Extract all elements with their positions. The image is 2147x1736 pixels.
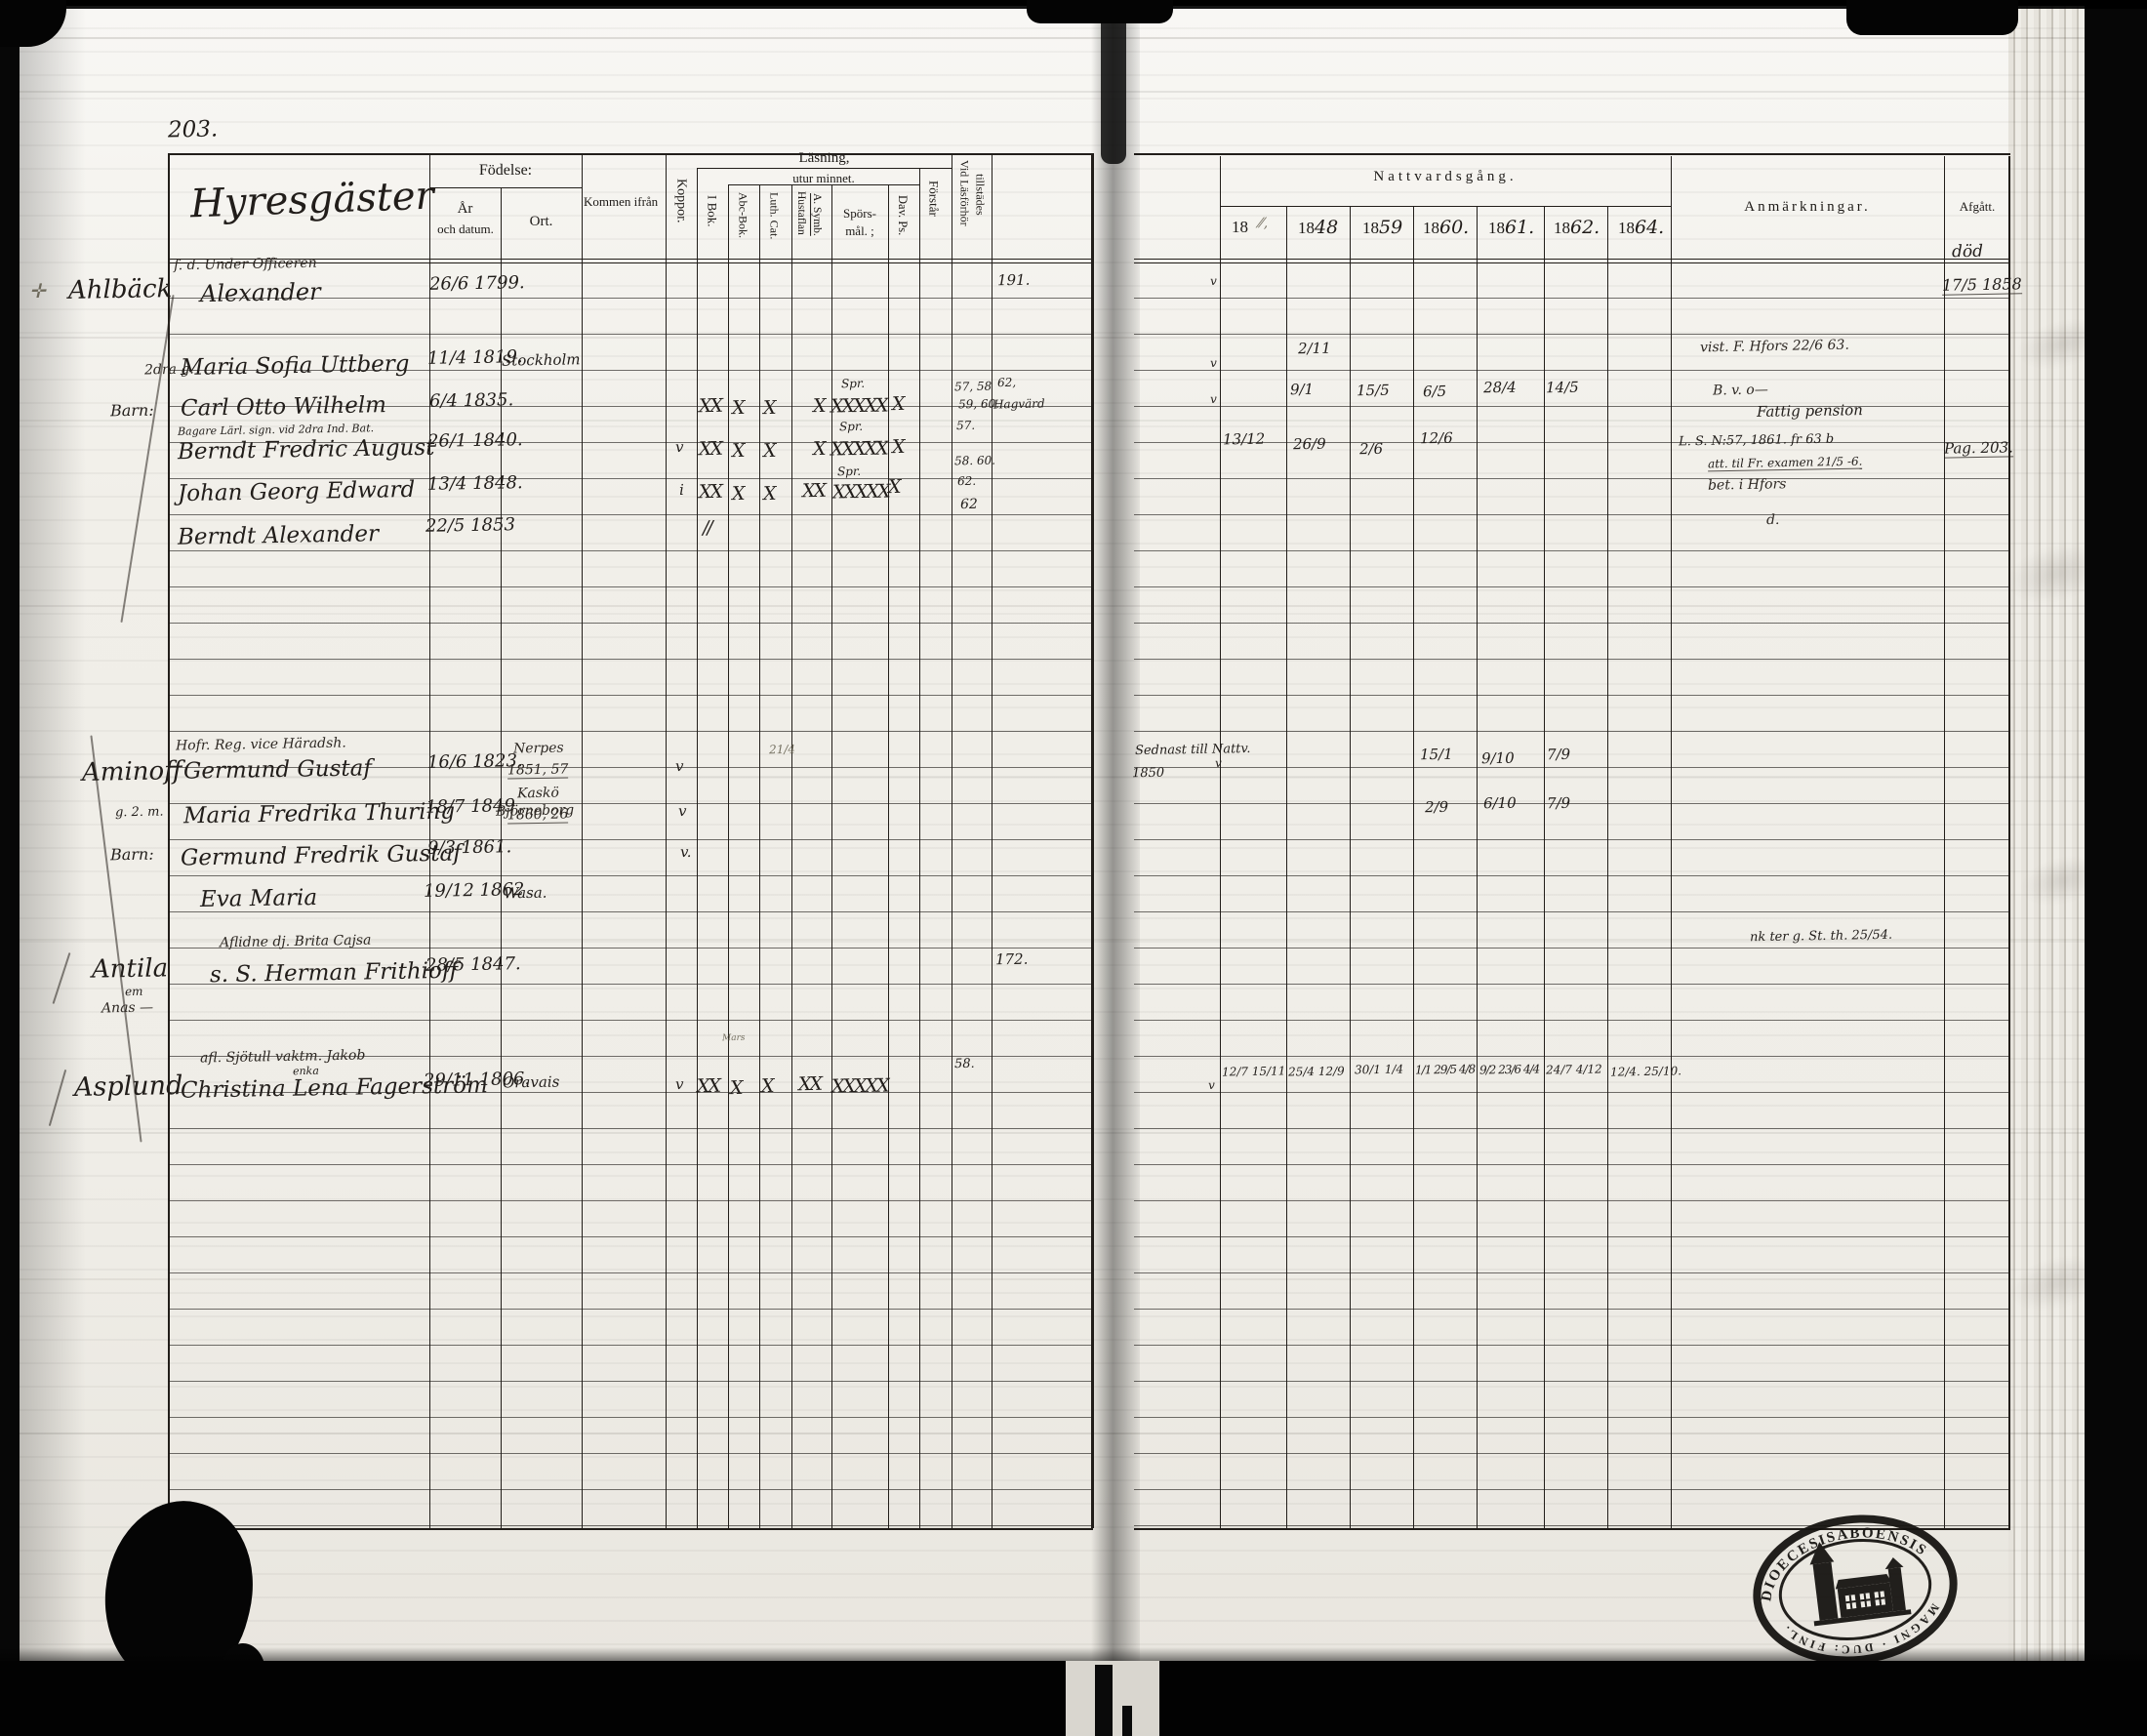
remark: vist. F. Hfors 22/6 63. <box>1700 339 1849 355</box>
mark-i-bok: XX <box>699 483 721 502</box>
koppor-mark: v <box>678 804 687 819</box>
remark: att. til Fr. examen 21/5 -6. <box>1708 456 1863 472</box>
side-note: Hagvärd <box>993 398 1045 411</box>
koppor-mark: v <box>675 1077 684 1092</box>
birth-date: 26/6 1799. <box>429 274 525 294</box>
afgatt-note: död <box>1952 244 1983 262</box>
margin-note: em <box>125 986 143 997</box>
mark-luth: X <box>763 442 775 461</box>
year-prefix: 18 <box>1362 219 1379 237</box>
entry-name: s. S. Herman Frithioff <box>210 960 459 987</box>
communion-1862: 7/9 <box>1547 747 1570 762</box>
communion-1859: 30/1 1/4 <box>1355 1064 1403 1076</box>
entry-name: Maria Sofia Uttberg <box>181 353 410 380</box>
year-header-1848: 1848 <box>1298 219 1338 237</box>
entry-prefix: Barn: <box>110 403 154 420</box>
year-script: 62. <box>1570 217 1600 238</box>
page-ref: 172. <box>995 952 1029 968</box>
binding-crease <box>1101 0 1126 164</box>
mark-hustaflan: XX <box>802 482 825 501</box>
occupation-note: f. d. Under Officeren <box>174 257 317 273</box>
occupation-note: Bagare Lärl. sign. vid 2dra Ind. Bat. <box>178 423 374 437</box>
year-header-18xx: 18 <box>1232 219 1248 236</box>
header-koppor: Koppor. <box>673 179 688 223</box>
communion-1861: 9/2 23/6 4/4 <box>1479 1063 1539 1075</box>
mark-luth: X <box>763 485 775 504</box>
remark: nk ter g. St. th. 25/54. <box>1750 929 1892 945</box>
header-vid-lasforhor: Vid Läsförhör <box>958 160 971 226</box>
header-abc-bok: Abc-Bok. <box>737 192 749 238</box>
attendance-years: 57, 58 <box>954 381 992 393</box>
year-script: 61. <box>1505 217 1534 238</box>
attendance-years: 62 <box>960 498 978 511</box>
mark-luth: X <box>763 399 775 418</box>
page-number: 203. <box>168 119 219 142</box>
margin-name-ahlback: Ahlbäck <box>68 276 173 303</box>
year-script: 48 <box>1315 217 1338 238</box>
remark: B. v. o— <box>1713 384 1768 398</box>
communion-1860: 12/6 <box>1420 431 1453 447</box>
year-header-1860: 1860. <box>1423 219 1469 237</box>
attendance-years: 62. <box>957 475 976 487</box>
mark-i-bok: XX <box>697 1077 719 1096</box>
mark-spr-label: Spr. <box>839 421 863 432</box>
header-forstar: Förstår <box>927 181 941 217</box>
year-prefix: 18 <box>1488 219 1505 237</box>
mark-abc: X <box>732 399 744 418</box>
mark-dav-ps: X <box>892 438 904 457</box>
communion-1860: 6/5 <box>1423 384 1446 399</box>
header-i-bok: I Bok. <box>706 195 719 227</box>
came-from: Nerpes <box>513 742 564 756</box>
afgatt-note: Pag. 203. <box>1944 440 2013 458</box>
tiny-note: Mars <box>722 1034 746 1043</box>
header-sporsmal-2: mål. ; <box>831 224 888 238</box>
mark-i-bok: XX <box>699 397 721 416</box>
year-prefix: 18 <box>1298 219 1315 237</box>
binding-gutter <box>1091 6 1140 1671</box>
header-dav-ps: Dav. Ps. <box>896 195 909 235</box>
mark-hustaflan: X <box>813 440 825 459</box>
header-afgatt: Afgått. <box>1944 200 2010 214</box>
koppor-mark: v <box>675 759 684 774</box>
mark-sporsmal: XXXXX <box>830 439 887 459</box>
year-prefix: 18 <box>1554 219 1570 237</box>
year-prefix: 18 <box>1423 219 1439 237</box>
mark-luth: X <box>761 1077 773 1096</box>
faint-mark: 21/4 <box>769 744 795 755</box>
communion-1848: 2/11 <box>1298 342 1331 357</box>
communion-1861: 28/4 <box>1483 381 1517 396</box>
entry-name: Carl Otto Wilhelm <box>181 394 386 421</box>
scan-corner-blob <box>1846 0 2018 35</box>
entry-name: Germund Fredrik Gustaf <box>181 842 462 869</box>
communion-1862: 7/9 <box>1547 796 1570 811</box>
attendance-years: 58. 60. <box>954 455 995 467</box>
communion-1862: 14/5 <box>1546 381 1579 396</box>
communion-1862: 24/7 4/12 <box>1546 1063 1602 1075</box>
year-header-1864: 1864. <box>1618 219 1664 237</box>
entry-name: Berndt Fredric August <box>178 437 435 464</box>
birth-date: 22/5 1853 <box>425 516 515 536</box>
year-script: 64. <box>1635 217 1664 238</box>
header-ar: År <box>429 202 501 218</box>
header-sporsmal: Spörs- <box>831 207 888 221</box>
year-script: 59 <box>1379 217 1402 238</box>
year-header-1859: 1859 <box>1362 219 1402 237</box>
communion-1861: 9/10 <box>1481 751 1515 767</box>
birth-place: Wasa. <box>504 886 547 902</box>
entry-name: Alexander <box>200 280 321 305</box>
mark-dav-ps: X <box>892 395 904 414</box>
year-header-1861: 1861. <box>1488 219 1534 237</box>
communion-18xx: 13/12 <box>1223 432 1265 448</box>
margin-cross-mark: ✛ <box>29 281 46 301</box>
scan-edge <box>2085 0 2147 1736</box>
binding-mark <box>1095 1665 1113 1736</box>
mark-abc: X <box>732 442 744 461</box>
remark: bet. i Hfors <box>1708 477 1787 492</box>
mark-sporsmal: XXXXX <box>831 1076 888 1096</box>
scanned-ledger-page: 203. Hyresgäster Födelse: År och datum. … <box>0 0 2147 1736</box>
birth-date: 6/4 1835. <box>429 391 514 411</box>
mark-i-bok: XX <box>699 440 721 459</box>
check-mark: v <box>1210 275 1217 287</box>
margin-note: Anas — <box>101 1001 153 1016</box>
mark-hustaflan: XX <box>798 1075 821 1094</box>
communion-1848: 25/4 12/9 <box>1288 1065 1345 1077</box>
mark-abc: X <box>730 1079 742 1098</box>
birth-place: Stockholm <box>502 352 581 368</box>
year-header-1862: 1862. <box>1554 219 1600 237</box>
entry-name: Eva Maria <box>200 887 318 911</box>
koppor-mark: i <box>679 483 684 498</box>
year-prefix: 18 <box>1618 219 1635 237</box>
entry-name: Johan Georg Edward <box>178 479 416 505</box>
remark: L. S. N:57, 1861. fr 63 b <box>1679 433 1834 449</box>
remark: d. <box>1766 513 1780 527</box>
mark-abc: X <box>732 485 744 504</box>
communion-1860: 2/9 <box>1425 800 1448 815</box>
scan-streak <box>20 91 2085 93</box>
year-script: 60. <box>1439 217 1469 238</box>
page-bottom-notch <box>1066 1661 1159 1736</box>
communion-1848: 26/9 <box>1293 437 1326 453</box>
entry-prefix: Barn: <box>110 847 154 864</box>
header-anmarkningar: Anmärkningar. <box>1671 200 1944 216</box>
koppor-mark: v. <box>680 845 692 860</box>
occupation-note: afl. Sjötull vaktm. Jakob <box>200 1049 366 1066</box>
mark-hustaflan: X <box>813 397 825 416</box>
birth-date: 28/5 1847. <box>425 955 521 975</box>
check-mark: v <box>1210 357 1217 369</box>
communion-1848: 9/1 <box>1290 383 1314 397</box>
header-luth-cat: Luth. Cat. <box>768 192 781 239</box>
remark: Fattig pension <box>1757 403 1863 420</box>
scan-corner-blob <box>1027 0 1173 23</box>
entry-name: Maria Fredrika Thuring <box>183 801 455 828</box>
binding-mark <box>1122 1706 1132 1736</box>
birth-date: 13/4 1848. <box>427 474 523 494</box>
entry-name: Germund Gustaf <box>183 757 372 783</box>
entry-prefix: g. 2. m. <box>115 806 164 820</box>
communion-note: Sednast till Nattv. <box>1135 743 1251 757</box>
header-ort: Ort. <box>501 215 582 230</box>
attendance-years: 57. <box>956 420 975 431</box>
came-from-year: 1851, 57 <box>507 762 569 779</box>
header-nattvardsgang: Nattvardsgång. <box>1220 170 1671 185</box>
occupation-note: Hofr. Reg. vice Häradsh. <box>176 736 346 752</box>
koppor-mark: v <box>675 440 684 455</box>
check-mark: v <box>1210 393 1217 405</box>
communion-1864: 12/4. 25/10. <box>1610 1065 1681 1077</box>
afgatt-date: 17/5 1858 <box>1942 276 2022 295</box>
row-rules-right-page <box>1134 262 2010 1528</box>
page-stack-edge <box>2008 6 2086 1671</box>
came-from: Kaskö <box>517 787 559 801</box>
header-lasning: Läsning, <box>697 151 952 167</box>
communion-18xx: 12/7 15/11 <box>1222 1065 1286 1077</box>
communion-1860: 15/1 <box>1420 747 1453 763</box>
header-hustaflan: Hustaflan <box>795 191 807 235</box>
communion-1860: 1/1 29/5 4/8 <box>1415 1063 1475 1075</box>
paper-shadow <box>18 6 86 1671</box>
communion-1859: 2/6 <box>1359 442 1383 457</box>
birth-date: 9/3 1861. <box>427 838 512 858</box>
attendance-years: 58. <box>954 1058 975 1070</box>
year-prefix: 18 <box>1232 218 1248 236</box>
scan-streak <box>20 37 2085 39</box>
header-kommen-ifran: Kommen ifrån <box>584 195 658 209</box>
mark-i-bok: // <box>703 519 711 538</box>
year-18xx-mark: ⁄⁄, <box>1259 217 1268 230</box>
header-tillstades: tillstädes <box>974 174 987 216</box>
mark-sporsmal: XXXXX <box>830 396 887 416</box>
communion-1861: 6/10 <box>1483 796 1517 812</box>
page-ref: 191. <box>997 273 1031 289</box>
birth-place: Oravais <box>503 1074 560 1090</box>
section-title: Hyresgäster <box>189 177 434 224</box>
header-och-datum: och datum. <box>427 222 504 236</box>
birth-date: 26/1 1840. <box>427 431 523 451</box>
came-from-year: 1860, 26 <box>507 807 569 824</box>
check-mark: v <box>1215 757 1222 769</box>
margin-name-asplund: Asplund <box>74 1072 183 1101</box>
mark-sporsmal: XXXXX <box>832 482 889 502</box>
side-note: 62, <box>997 377 1016 388</box>
scan-edge <box>0 0 20 1736</box>
check-mark: v <box>1208 1079 1215 1091</box>
mark-spr-label: Spr. <box>837 465 861 477</box>
occupation-note: Aflidne dj. Brita Cajsa <box>220 934 372 950</box>
entry-name: Berndt Alexander <box>178 523 379 549</box>
margin-name-antila: Antila <box>92 955 169 982</box>
communion-1859: 15/5 <box>1357 384 1390 399</box>
mark-spr-label: Spr. <box>841 378 865 389</box>
header-utur-minnet: utur minnet. <box>728 172 919 185</box>
mark-dav-ps: X <box>888 478 900 497</box>
header-a-symb: A. Symb. <box>811 193 823 236</box>
header-fodelse: Födelse: <box>429 163 582 180</box>
